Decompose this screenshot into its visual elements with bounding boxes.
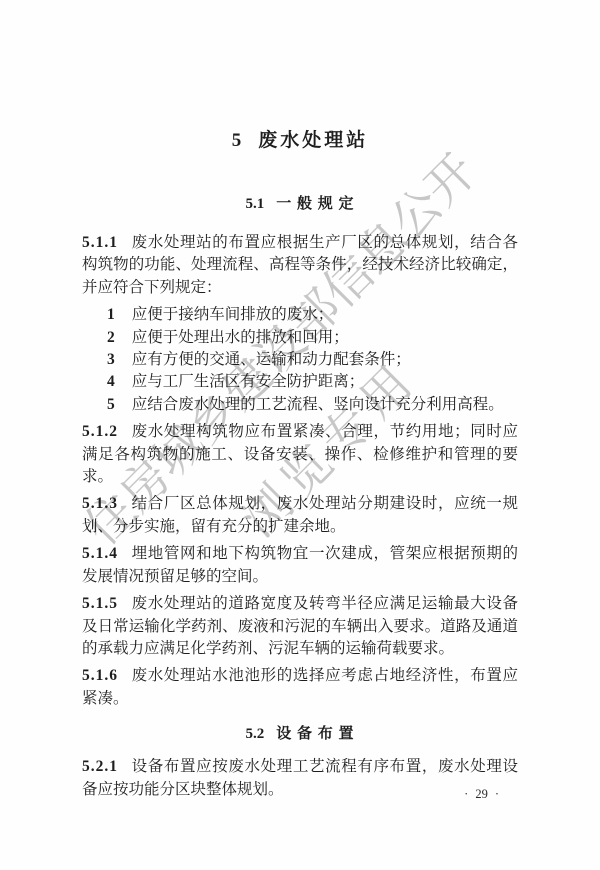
clause-text: 设备布置应按废水处理工艺流程有序布置，废水处理设备应按功能分区块整体规划。 bbox=[82, 758, 518, 797]
list-item-3: 3应有方便的交通、运输和动力配套条件； bbox=[82, 349, 518, 371]
item-number: 1 bbox=[107, 306, 115, 323]
chapter-title: 5废水处理站 bbox=[82, 130, 518, 152]
clause-text: 废水处理构筑物应布置紧凑、合理，节约用地；同时应满足各构筑物的施工、设备安装、操… bbox=[82, 423, 518, 485]
list-item-1: 1应便于接纳车间排放的废水； bbox=[82, 304, 518, 326]
item-text: 应便于接纳车间排放的废水； bbox=[132, 306, 334, 323]
item-text: 应与工厂生活区有安全防护距离； bbox=[132, 373, 365, 390]
clause-5-2-1: 5.2.1设备布置应按废水处理工艺流程有序布置，废水处理设备应按功能分区块整体规… bbox=[82, 756, 518, 801]
page-number: ·29· bbox=[457, 786, 506, 802]
item-number: 5 bbox=[107, 396, 115, 413]
clause-5-1-5: 5.1.5废水处理站的道路宽度及转弯半径应满足运输最大设备及日常运输化学药剂、废… bbox=[82, 593, 518, 660]
list-item-5: 5应结合废水处理的工艺流程、竖向设计充分利用高程。 bbox=[82, 394, 518, 416]
page-number-value: 29 bbox=[475, 787, 488, 801]
clause-number: 5.1.3 bbox=[82, 495, 118, 512]
page-number-right-dot: · bbox=[495, 787, 499, 801]
page-content: 5废水处理站 5.1一 般 规 定 5.1.1废水处理站的布置应根据生产厂区的总… bbox=[82, 130, 518, 801]
clause-5-1-3: 5.1.3结合厂区总体规划，废水处理站分期建设时，应统一规划、分步实施，留有充分… bbox=[82, 493, 518, 538]
clause-number: 5.1.5 bbox=[82, 595, 118, 612]
clause-5-1-6: 5.1.6废水处理站水池池形的选择应考虑占地经济性，布置应紧凑。 bbox=[82, 665, 518, 710]
page-number-left-dot: · bbox=[464, 787, 468, 801]
section-number-5-1: 5.1 bbox=[245, 196, 264, 212]
clause-text: 废水处理站的布置应根据生产厂区的总体规划，结合各构筑物的功能、处理流程、高程等条… bbox=[82, 234, 518, 296]
clause-5-1-2: 5.1.2废水处理构筑物应布置紧凑、合理，节约用地；同时应满足各构筑物的施工、设… bbox=[82, 421, 518, 488]
clause-number: 5.1.2 bbox=[82, 423, 118, 440]
clause-number: 5.1.4 bbox=[82, 545, 118, 562]
clause-5-1-1: 5.1.1废水处理站的布置应根据生产厂区的总体规划，结合各构筑物的功能、处理流程… bbox=[82, 232, 518, 299]
clause-5-1-4: 5.1.4埋地管网和地下构筑物宜一次建成，管架应根据预期的发展情况预留足够的空间… bbox=[82, 543, 518, 588]
document-page: 住房城乡建设部信息公开 浏览专用 5废水处理站 5.1一 般 规 定 5.1.1… bbox=[0, 0, 600, 870]
clause-text: 结合厂区总体规划，废水处理站分期建设时，应统一规划、分步实施，留有充分的扩建余地… bbox=[82, 495, 518, 534]
section-heading-5-1: 5.1一 般 规 定 bbox=[82, 194, 518, 214]
section-5-2-body: 5.2.1设备布置应按废水处理工艺流程有序布置，废水处理设备应按功能分区块整体规… bbox=[82, 756, 518, 801]
item-number: 4 bbox=[107, 373, 115, 390]
section-number-5-2: 5.2 bbox=[245, 726, 264, 742]
clause-5-1-1-items: 1应便于接纳车间排放的废水； 2应便于处理出水的排放和回用； 3应有方便的交通、… bbox=[82, 304, 518, 416]
item-number: 3 bbox=[107, 351, 115, 368]
clause-text: 废水处理站水池池形的选择应考虑占地经济性，布置应紧凑。 bbox=[82, 667, 518, 706]
clause-text: 废水处理站的道路宽度及转弯半径应满足运输最大设备及日常运输化学药剂、废液和污泥的… bbox=[82, 595, 518, 657]
section-title-5-1: 一 般 规 定 bbox=[276, 196, 354, 212]
chapter-number: 5 bbox=[232, 130, 242, 151]
item-text: 应结合废水处理的工艺流程、竖向设计充分利用高程。 bbox=[132, 396, 504, 413]
list-item-4: 4应与工厂生活区有安全防护距离； bbox=[82, 371, 518, 393]
clause-number: 5.2.1 bbox=[82, 758, 118, 775]
clause-number: 5.1.6 bbox=[82, 667, 118, 684]
clause-number: 5.1.1 bbox=[82, 234, 118, 251]
item-text: 应有方便的交通、运输和动力配套条件； bbox=[132, 351, 411, 368]
item-number: 2 bbox=[107, 329, 115, 346]
section-title-5-2: 设 备 布 置 bbox=[276, 726, 354, 742]
clause-text: 埋地管网和地下构筑物宜一次建成，管架应根据预期的发展情况预留足够的空间。 bbox=[82, 545, 518, 584]
section-heading-5-2: 5.2设 备 布 置 bbox=[82, 724, 518, 744]
chapter-title-text: 废水处理站 bbox=[258, 130, 368, 151]
section-5-1-body: 5.1.1废水处理站的布置应根据生产厂区的总体规划，结合各构筑物的功能、处理流程… bbox=[82, 232, 518, 710]
list-item-2: 2应便于处理出水的排放和回用； bbox=[82, 327, 518, 349]
item-text: 应便于处理出水的排放和回用； bbox=[132, 329, 349, 346]
